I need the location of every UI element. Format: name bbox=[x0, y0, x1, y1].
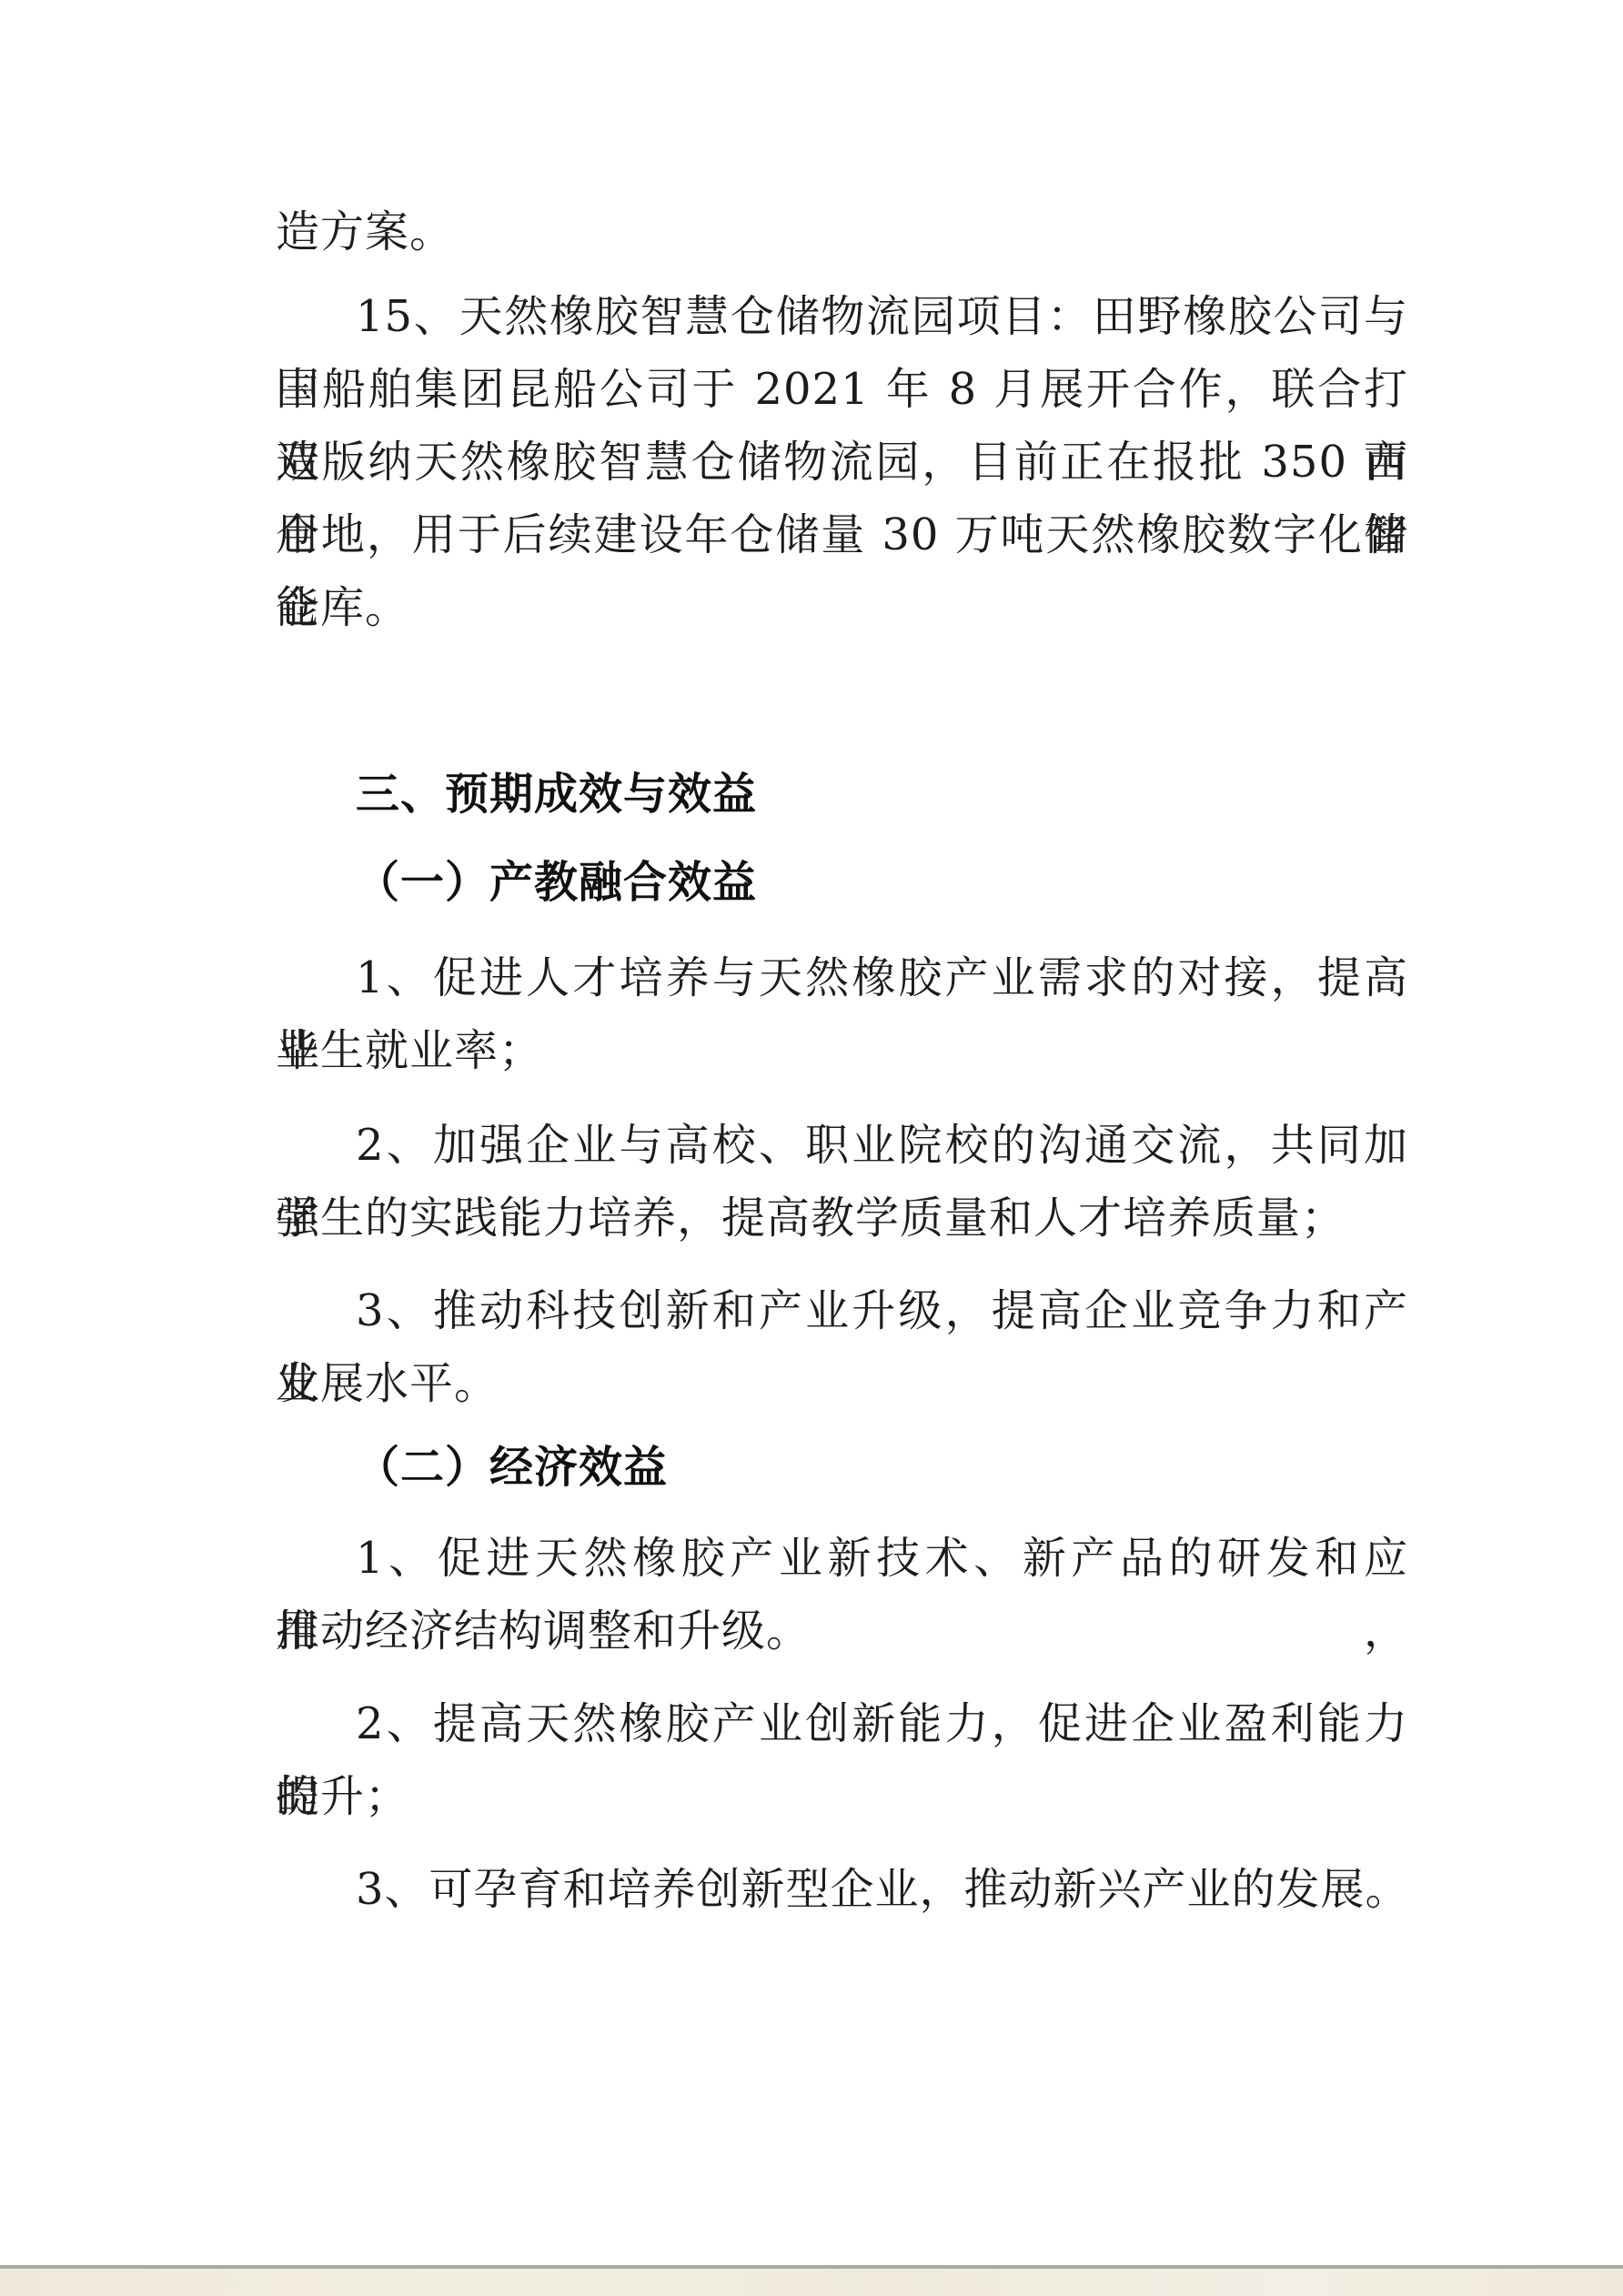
text-line: 15、天然橡胶智慧仓储物流园项目：田野橡胶公司与中 bbox=[276, 280, 1408, 353]
body-paragraph: 1、促进天然橡胶产业新技术、新产品的研发和应用，推动经济结构调整和升级。 bbox=[276, 1522, 1408, 1667]
text-line: 1、促进天然橡胶产业新技术、新产品的研发和应用， bbox=[276, 1522, 1408, 1595]
body-paragraph: 2、加强企业与高校、职业院校的沟通交流，共同加强学生的实践能力培养，提高教学质量… bbox=[276, 1109, 1408, 1254]
text-line: （一）产教融合效益 bbox=[276, 846, 1408, 919]
text-line: 造方案。 bbox=[276, 196, 1408, 268]
text-line: 三、预期成效与效益 bbox=[276, 758, 1408, 831]
body-paragraph: 15、天然橡胶智慧仓储物流园项目：田野橡胶公司与中国船舶集团昆船公司于 2021… bbox=[276, 280, 1408, 644]
text-line: 2、加强企业与高校、职业院校的沟通交流，共同加强 bbox=[276, 1109, 1408, 1182]
text-line: 国船舶集团昆船公司于 2021 年 8 月展开合作，联合打造西 bbox=[276, 353, 1408, 426]
text-line: 1、促进人才培养与天然橡胶产业需求的对接，提高毕 bbox=[276, 942, 1408, 1014]
section-heading: （一）产教融合效益 bbox=[276, 846, 1408, 919]
text-line: 用地，用于后续建设年仓储量 30 万吨天然橡胶数字化智能 bbox=[276, 498, 1408, 571]
text-line: （二）经济效益 bbox=[276, 1431, 1408, 1504]
document-page: 造方案。15、天然橡胶智慧仓储物流园项目：田野橡胶公司与中国船舶集团昆船公司于 … bbox=[0, 0, 1623, 2296]
body-paragraph: 造方案。 bbox=[276, 196, 1408, 268]
text-line: 提升； bbox=[276, 1760, 1408, 1833]
document-body: 造方案。15、天然橡胶智慧仓储物流园项目：田野橡胶公司与中国船舶集团昆船公司于 … bbox=[276, 196, 1408, 1926]
section-heading: 三、预期成效与效益 bbox=[276, 758, 1408, 831]
text-line: 3、可孕育和培养创新型企业，推动新兴产业的发展。 bbox=[276, 1853, 1408, 1926]
text-line: 学生的实践能力培养，提高教学质量和人才培养质量； bbox=[276, 1182, 1408, 1254]
body-paragraph: 3、可孕育和培养创新型企业，推动新兴产业的发展。 bbox=[276, 1853, 1408, 1926]
text-line: 业生就业率； bbox=[276, 1014, 1408, 1087]
text-line: 3、推动科技创新和产业升级，提高企业竞争力和产业 bbox=[276, 1274, 1408, 1347]
section-heading: （二）经济效益 bbox=[276, 1431, 1408, 1504]
text-line: 发展水平。 bbox=[276, 1347, 1408, 1420]
text-line: 仓库。 bbox=[276, 571, 1408, 644]
body-paragraph: 2、提高天然橡胶产业创新能力，促进企业盈利能力的提升； bbox=[276, 1687, 1408, 1833]
body-paragraph: 1、促进人才培养与天然橡胶产业需求的对接，提高毕业生就业率； bbox=[276, 942, 1408, 1087]
text-line: 2、提高天然橡胶产业创新能力，促进企业盈利能力的 bbox=[276, 1687, 1408, 1760]
scanner-background-strip bbox=[0, 2269, 1623, 2296]
text-line: 双版纳天然橡胶智慧仓储物流园，目前正在报批 350 亩仓储 bbox=[276, 426, 1408, 498]
body-paragraph: 3、推动科技创新和产业升级，提高企业竞争力和产业发展水平。 bbox=[276, 1274, 1408, 1420]
